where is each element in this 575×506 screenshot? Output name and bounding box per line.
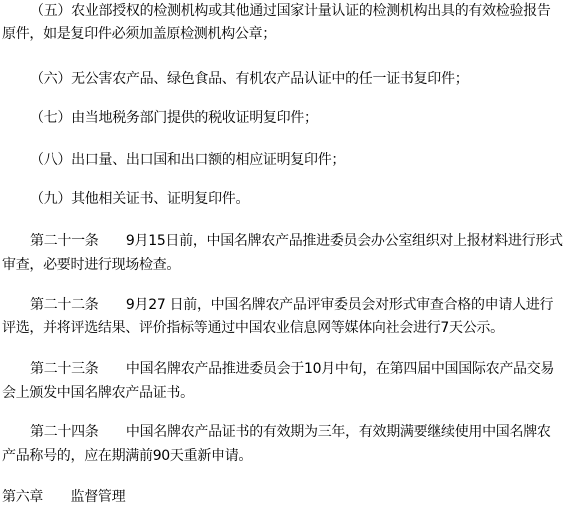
chapter-number: 第六章 <box>2 489 43 505</box>
article-24-number: 第二十四条 <box>30 424 99 440</box>
article-21-line-1: 第二十一条 9月15日前，中国名牌农产品推进委员会办公室组织对上报材料进行形式 <box>30 233 563 249</box>
article-22-line-1: 第二十二条 9月27 日前，中国名牌农产品评审委员会对形式审查合格的申请人进行 <box>30 297 553 313</box>
article-24-line-1: 第二十四条 中国名牌农产品证书的有效期为三年，有效期满要继续使用中国名牌农 <box>30 424 551 440</box>
item-5-line-2: 原件，如是复印件必须加盖原检测机构公章； <box>2 26 276 42</box>
item-6-line-1: （六）无公害农产品、绿色食品、有机农产品认证中的任一证书复印件； <box>30 71 468 87</box>
article-21-line-2: 审查，必要时进行现场检查。 <box>2 257 180 273</box>
item-8-line-1: （八）出口量、出口国和出口额的相应证明复印件； <box>30 152 345 168</box>
article-22-number: 第二十二条 <box>30 297 99 313</box>
article-22-text: 9月27 日前，中国名牌农产品评审委员会对形式审查合格的申请人进行 <box>99 297 554 313</box>
article-23-line-1: 第二十三条 中国名牌农产品推进委员会于10月中旬，在第四届中国国际农产品交易 <box>30 361 554 377</box>
article-24-line-2: 产品称号的，应在期满前90天重新申请。 <box>2 448 252 464</box>
chapter-separator <box>43 489 70 505</box>
article-21-number: 第二十一条 <box>30 233 99 249</box>
chapter-heading: 第六章 监督管理 <box>2 489 125 505</box>
item-5-line-1: （五）农业部授权的检测机构或其他通过国家计量认证的检测机构出具的有效检验报告 <box>30 3 551 19</box>
item-7-line-1: （七）由当地税务部门提供的税收证明复印件； <box>30 110 318 126</box>
article-23-line-2: 会上颁发中国名牌农产品证书。 <box>2 385 194 401</box>
article-22-line-2: 评选，并将评选结果、评价指标等通过中国农业信息网等媒体向社会进行7天公示。 <box>2 320 504 336</box>
article-21-text: 9月15日前，中国名牌农产品推进委员会办公室组织对上报材料进行形式 <box>99 233 563 249</box>
article-23-text: 中国名牌农产品推进委员会于10月中旬，在第四届中国国际农产品交易 <box>99 361 555 377</box>
chapter-title: 监督管理 <box>71 489 126 505</box>
article-23-number: 第二十三条 <box>30 361 99 377</box>
item-9-line-1: （九）其他相关证书、证明复印件。 <box>30 191 249 207</box>
article-24-text: 中国名牌农产品证书的有效期为三年，有效期满要继续使用中国名牌农 <box>99 424 551 440</box>
